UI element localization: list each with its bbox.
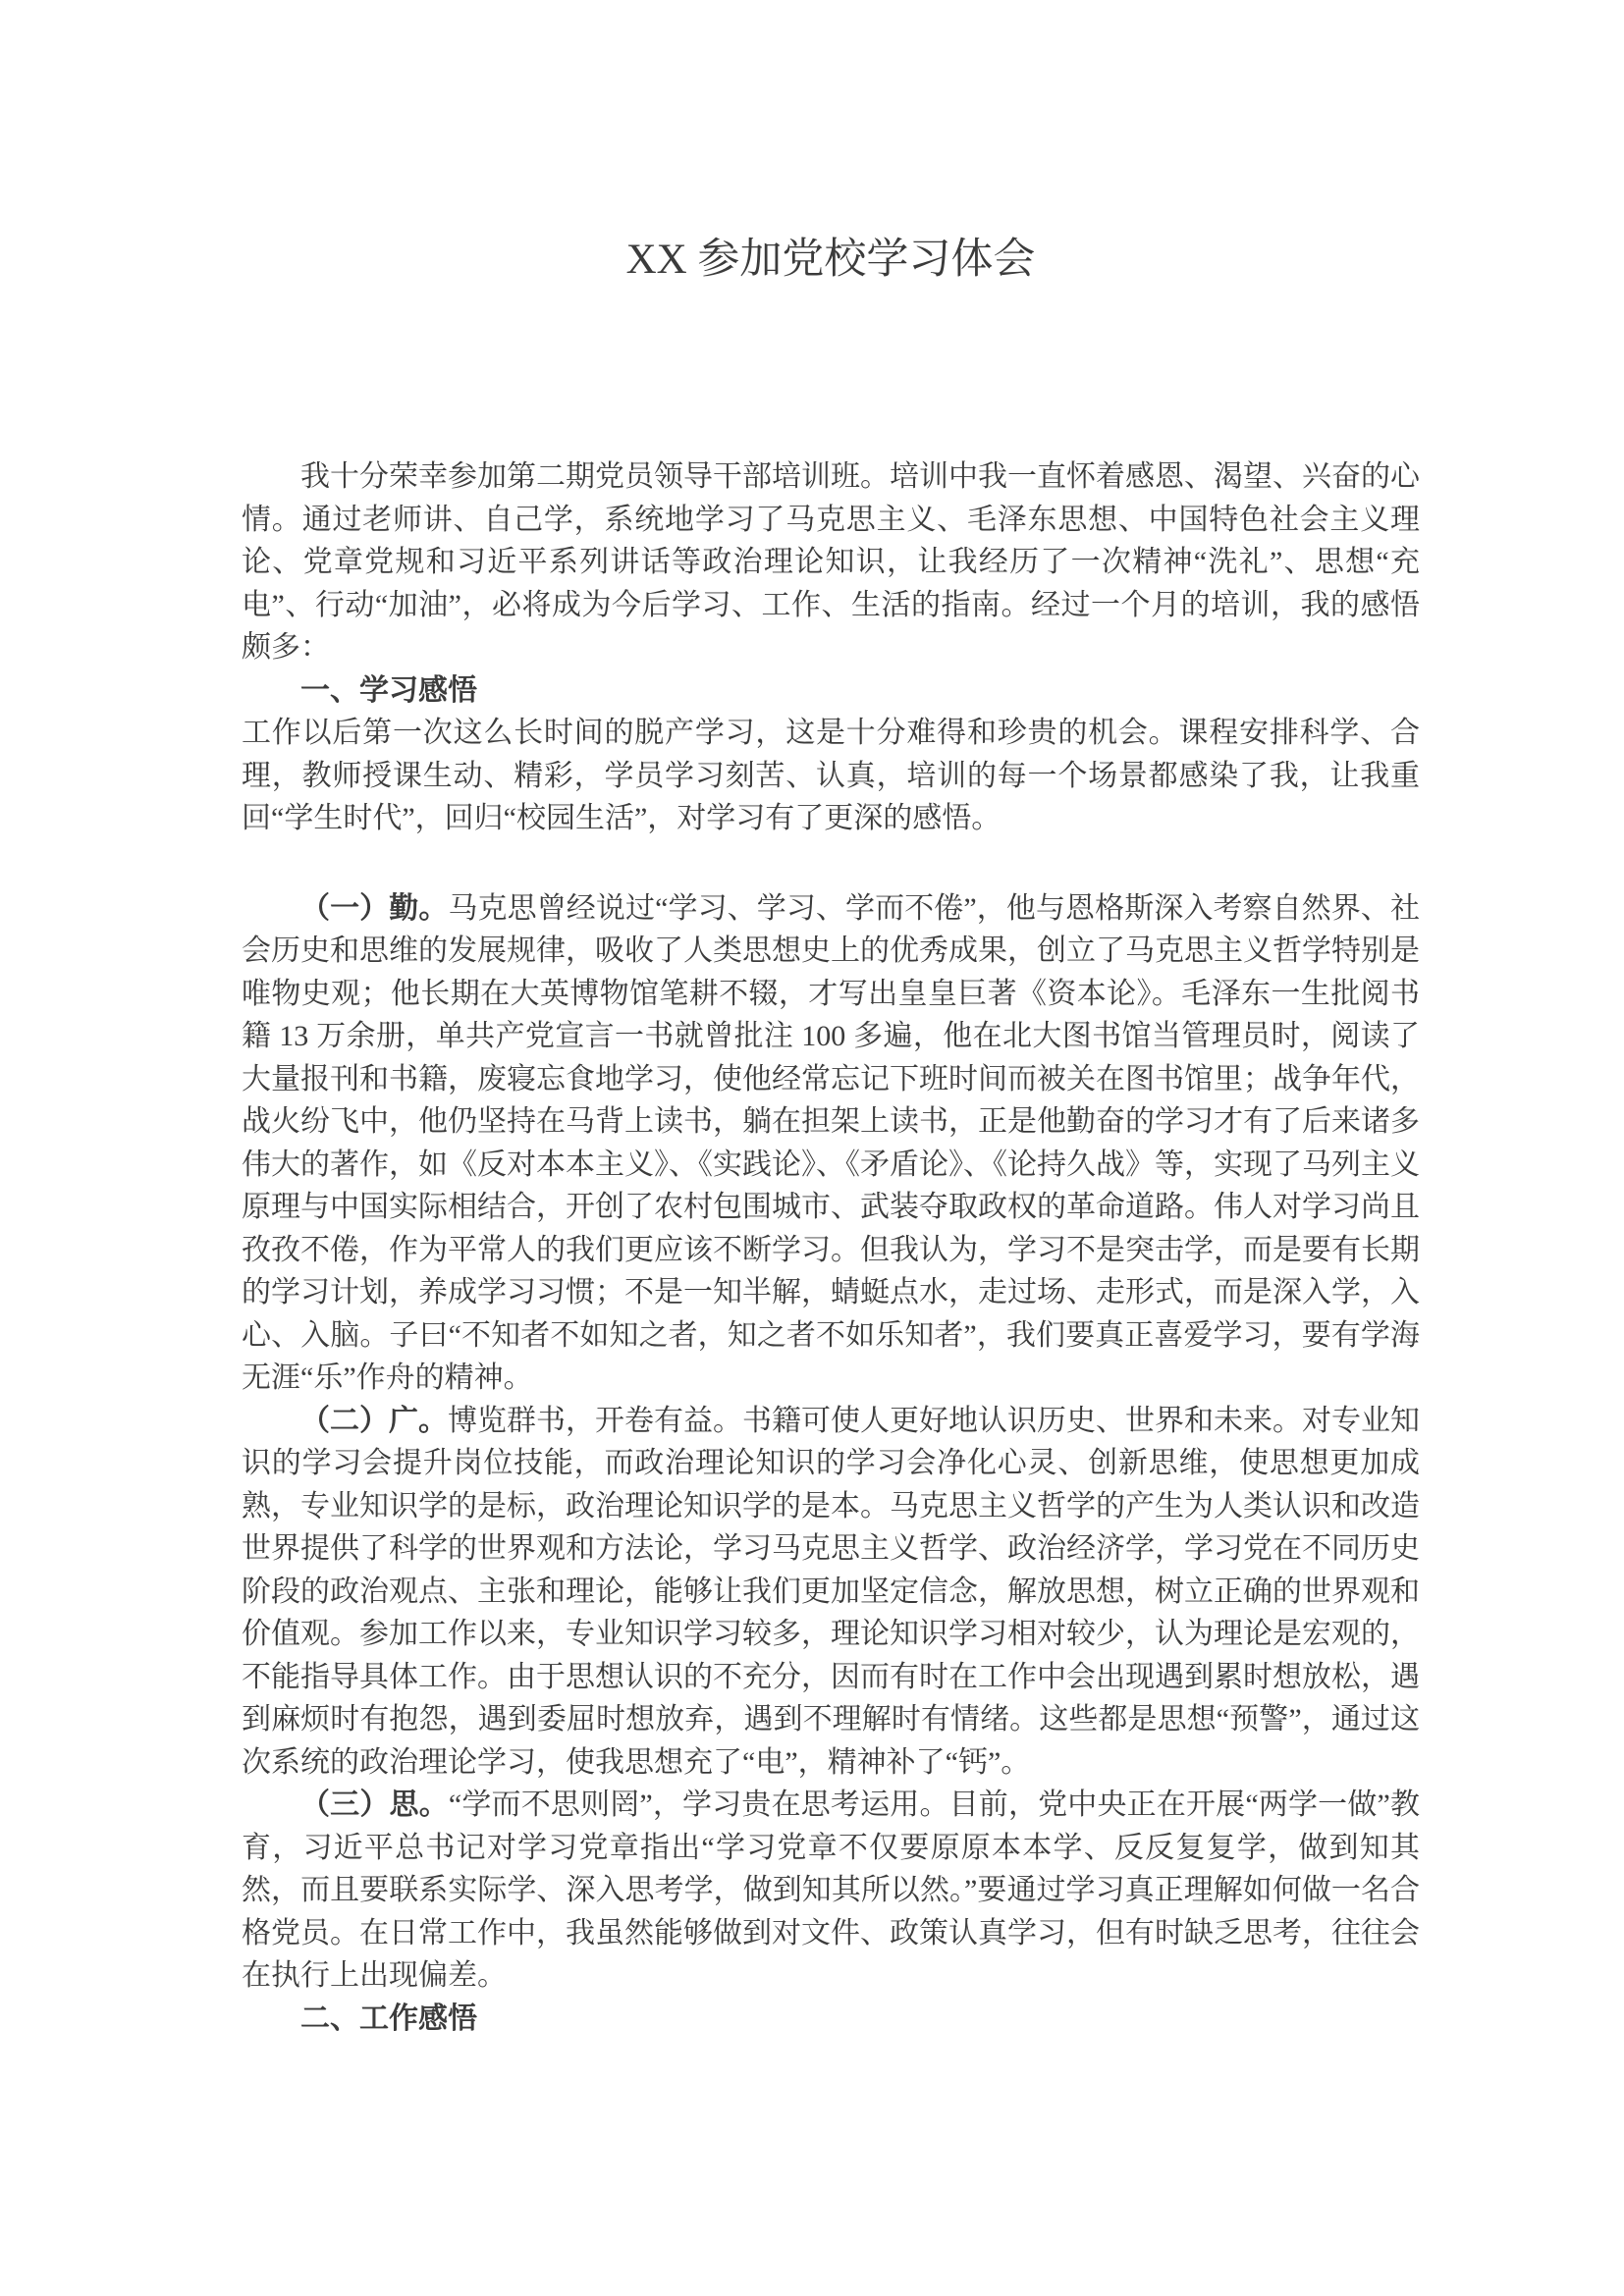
document-page: XX 参加党校学习体会 我十分荣幸参加第二期党员领导干部培训班。培训中我一直怀着…	[0, 0, 1624, 2296]
document-content: XX 参加党校学习体会 我十分荣幸参加第二期党员领导干部培训班。培训中我一直怀着…	[242, 0, 1420, 2040]
section-heading: 一、学习感悟	[242, 669, 1420, 713]
paragraph-text: 工作以后第一次这么长时间的脱产学习，这是十分难得和珍贵的机会。课程安排科学、合理…	[242, 717, 1420, 834]
paragraph: 我十分荣幸参加第二期党员领导干部培训班。培训中我一直怀着感恩、渴望、兴奋的心情。…	[242, 455, 1420, 669]
paragraph: 工作以后第一次这么长时间的脱产学习，这是十分难得和珍贵的机会。课程安排科学、合理…	[242, 712, 1420, 840]
paragraph: （一）勤。马克思曾经说过“学习、学习、学而不倦”，他与恩格斯深入考察自然界、社会…	[242, 887, 1420, 1400]
paragraph-text: 博览群书，开卷有益。书籍可使人更好地认识历史、世界和未来。对专业知识的学习会提升…	[242, 1405, 1420, 1779]
paragraph-lead: （三）思。	[300, 1789, 449, 1821]
section-heading-text: 二、工作感悟	[300, 2002, 477, 2035]
paragraph: （二）广。博览群书，开卷有益。书籍可使人更好地认识历史、世界和未来。对专业知识的…	[242, 1400, 1420, 1785]
paragraph-text: 马克思曾经说过“学习、学习、学而不倦”，他与恩格斯深入考察自然界、社会历史和思维…	[242, 892, 1420, 1395]
paragraph-text: 我十分荣幸参加第二期党员领导干部培训班。培训中我一直怀着感恩、渴望、兴奋的心情。…	[242, 460, 1420, 664]
paragraph-lead: （一）勤。	[300, 892, 448, 925]
document-title: XX 参加党校学习体会	[242, 233, 1420, 288]
section-heading: 二、工作感悟	[242, 1998, 1420, 2041]
paragraph: （三）思。“学而不思则罔”，学习贵在思考运用。目前，党中央正在开展“两学一做”教…	[242, 1784, 1420, 1998]
paragraph-lead: （二）广。	[300, 1405, 448, 1437]
paragraph-list: 我十分荣幸参加第二期党员领导干部培训班。培训中我一直怀着感恩、渴望、兴奋的心情。…	[242, 455, 1420, 2040]
section-heading-text: 一、学习感悟	[300, 674, 477, 707]
